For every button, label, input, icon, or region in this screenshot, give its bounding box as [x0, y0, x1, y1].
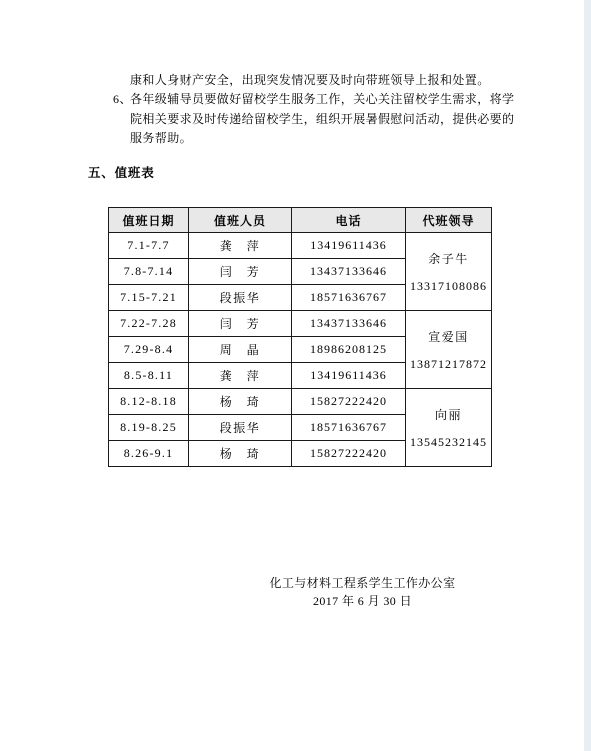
duty-table-body: 7.1-7.7龚 萍13419611436余子牛133171080867.8-7…: [109, 233, 492, 467]
header-duty-person: 值班人员: [189, 208, 292, 233]
date-cell: 7.8-7.14: [109, 259, 189, 285]
person-cell: 龚 萍: [189, 233, 292, 259]
duty-table-header: 值班日期 值班人员 电话 代班领导: [109, 208, 492, 233]
person-cell: 段振华: [189, 285, 292, 311]
date-cell: 8.5-8.11: [109, 363, 189, 389]
item-text: 各年级辅导员要做好留校学生服务工作，关心关注留校学生需求，将学 院相关要求及时传…: [130, 90, 523, 149]
footer-office-name: 化工与材料工程系学生工作办公室: [230, 574, 495, 592]
leader-name: 宣爱国: [406, 328, 491, 345]
section-heading: 五、值班表: [88, 163, 155, 183]
table-row: 7.22-7.28闫 芳13437133646宣爱国13871217872: [109, 311, 492, 337]
leader-phone: 13871217872: [406, 357, 491, 372]
person-cell: 闫 芳: [189, 259, 292, 285]
leader-cell: 向丽13545232145: [406, 389, 492, 467]
date-cell: 8.26-9.1: [109, 441, 189, 467]
date-cell: 8.12-8.18: [109, 389, 189, 415]
page-edge-strip: [584, 0, 591, 751]
item-text-line: 各年级辅导员要做好留校学生服务工作，关心关注留校学生需求，将学: [130, 90, 523, 110]
date-cell: 7.1-7.7: [109, 233, 189, 259]
phone-cell: 13437133646: [292, 259, 406, 285]
date-cell: 8.19-8.25: [109, 415, 189, 441]
person-cell: 周 晶: [189, 337, 292, 363]
header-phone: 电话: [292, 208, 406, 233]
header-substitute-leader: 代班领导: [406, 208, 492, 233]
phone-cell: 15827222420: [292, 441, 406, 467]
table-row: 8.12-8.18杨 琦15827222420向丽13545232145: [109, 389, 492, 415]
date-cell: 7.22-7.28: [109, 311, 189, 337]
phone-cell: 18571636767: [292, 285, 406, 311]
phone-cell: 13437133646: [292, 311, 406, 337]
person-cell: 闫 芳: [189, 311, 292, 337]
paragraph-item-6: 6、 各年级辅导员要做好留校学生服务工作，关心关注留校学生需求，将学 院相关要求…: [113, 90, 523, 149]
phone-cell: 13419611436: [292, 233, 406, 259]
item-text-line: 院相关要求及时传递给留校学生，组织开展暑假慰问活动，提供必要的: [130, 110, 523, 130]
date-cell: 7.29-8.4: [109, 337, 189, 363]
date-cell: 7.15-7.21: [109, 285, 189, 311]
phone-cell: 13419611436: [292, 363, 406, 389]
phone-cell: 18571636767: [292, 415, 406, 441]
person-cell: 杨 琦: [189, 441, 292, 467]
phone-cell: 15827222420: [292, 389, 406, 415]
phone-cell: 18986208125: [292, 337, 406, 363]
leader-name: 向丽: [406, 406, 491, 423]
person-cell: 龚 萍: [189, 363, 292, 389]
leader-name: 余子牛: [406, 250, 491, 267]
paragraph-continuation-line: 康和人身财产安全，出现突发情况要及时向带班领导上报和处置。: [130, 71, 525, 91]
person-cell: 段振华: [189, 415, 292, 441]
item-text-line: 服务帮助。: [130, 129, 523, 149]
leader-cell: 余子牛13317108086: [406, 233, 492, 311]
header-duty-date: 值班日期: [109, 208, 189, 233]
footer-date: 2017 年 6 月 30 日: [230, 592, 495, 610]
item-number: 6、: [113, 90, 132, 110]
leader-cell: 宣爱国13871217872: [406, 311, 492, 389]
person-cell: 杨 琦: [189, 389, 292, 415]
duty-table: 值班日期 值班人员 电话 代班领导 7.1-7.7龚 萍13419611436余…: [108, 207, 492, 467]
header-row: 值班日期 值班人员 电话 代班领导: [109, 208, 492, 233]
leader-phone: 13317108086: [406, 279, 491, 294]
document-page: 康和人身财产安全，出现突发情况要及时向带班领导上报和处置。 6、 各年级辅导员要…: [0, 0, 591, 751]
leader-phone: 13545232145: [406, 435, 491, 450]
table-row: 7.1-7.7龚 萍13419611436余子牛13317108086: [109, 233, 492, 259]
document-footer: 化工与材料工程系学生工作办公室 2017 年 6 月 30 日: [230, 574, 495, 610]
